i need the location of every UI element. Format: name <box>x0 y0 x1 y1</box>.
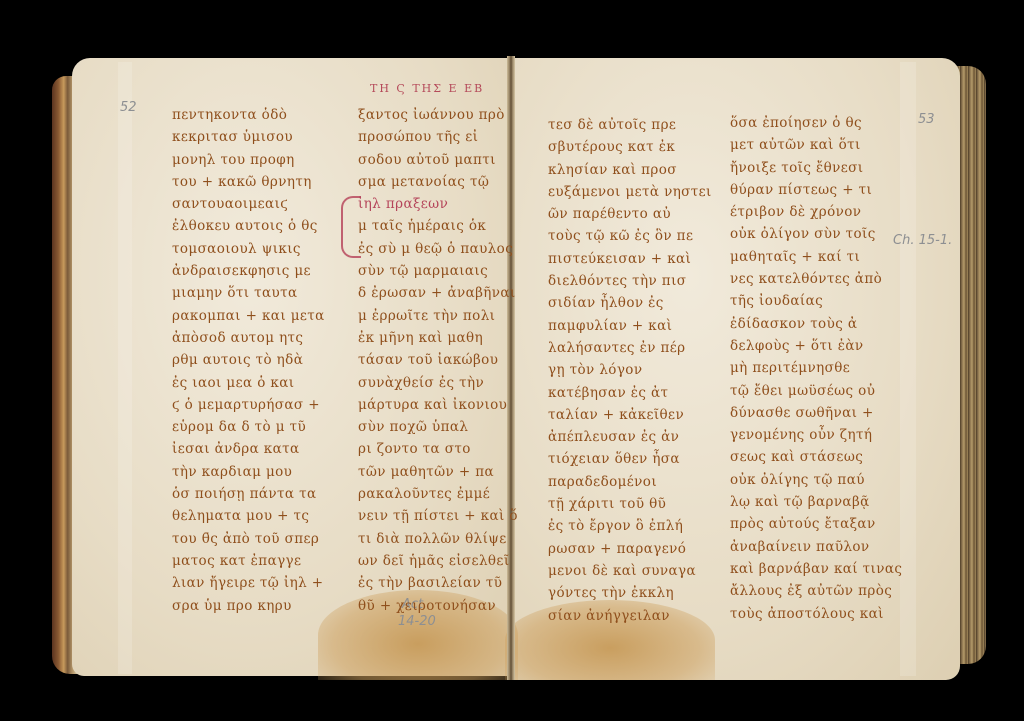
text-line: μ ταῖς ἡμέραις ὁκ <box>358 215 518 237</box>
text-line: οὐκ ὀλίγον σὺν τοῖς <box>730 223 902 245</box>
left-binding-tape <box>118 62 132 674</box>
text-line: δ ἐρωσαν + ἀναβῆναι <box>358 282 518 304</box>
text-line: σρα ὑμ προ κηρυ <box>172 595 325 617</box>
text-line: σαντουαοιμεαιϛ <box>172 193 325 215</box>
right-binding-tape <box>900 62 916 676</box>
text-line: προσώπου τῆς εἰ <box>358 126 518 148</box>
text-line: τάσαν τοῦ ἰακώβου <box>358 349 518 371</box>
text-line: ἐς ιαοι μεα ὁ και <box>172 372 325 394</box>
text-line: ἤνοιξε τοῖς ἔθνεσι <box>730 157 902 179</box>
text-line: μὴ περιτέμνησθε <box>730 357 902 379</box>
right-page-column-1: τεσ δὲ αὐτοῖς πρε σβυτέρους κατ ἐκ κλησί… <box>548 114 712 627</box>
text-line: κεκριτασ ὑμισου <box>172 126 325 148</box>
text-line: σιδίαν ἦλθον ἐς <box>548 292 712 314</box>
text-line: λῳ καὶ τῷ βαρναβᾷ <box>730 491 902 513</box>
text-line: έτριβον δὲ χρόνον <box>730 201 902 223</box>
text-line: ἀνδραισεκφησις με <box>172 260 325 282</box>
text-line: νες κατελθόντες ἀπὸ <box>730 268 902 290</box>
text-line: λιαν ἤγειρε τῷ ἰηλ + <box>172 572 325 594</box>
text-line: ρωσαν + παραγενό <box>548 538 712 560</box>
text-line: τι διὰ πολλῶν θλίψε <box>358 528 518 550</box>
text-line: του + κακῶ θρνητη <box>172 171 325 193</box>
left-page-column-2: ξαντος ἰωάννου πρὸ προσώπου τῆς εἰ σοδου… <box>358 104 518 617</box>
text-line: γῃ τὸν λόγον <box>548 359 712 381</box>
text-line: σεως καὶ στάσεως <box>730 446 902 468</box>
text-line: παμφυλίαν + καὶ <box>548 315 712 337</box>
text-line: μ ἐρρωῖτε τὴν πολι <box>358 305 518 327</box>
text-line: τῷ ἔθει μωϋσέως οὐ <box>730 380 902 402</box>
text-line: ων δεῖ ἡμᾶς εἰσελθεῖ <box>358 550 518 572</box>
text-line: τεσ δὲ αὐτοῖς πρε <box>548 114 712 136</box>
text-line: δύνασθε σωθῆναι + <box>730 402 902 424</box>
text-line: τομσαοιουλ ψικις <box>172 238 325 260</box>
text-line: ρι ζοντο τα στο <box>358 438 518 460</box>
text-line: εὑρομ δα δ τὸ μ τῦ <box>172 416 325 438</box>
text-line: ϛ ὁ μεμαρτυρήσασ + <box>172 394 325 416</box>
text-line: μονηλ του προφη <box>172 149 325 171</box>
running-heading: ΤΗ Ϛ ΤΗΣ Ε ΕΒ <box>370 82 484 95</box>
text-line: διελθόντες τὴν πισ <box>548 270 712 292</box>
text-line: σίαν ἀνήγγειλαν <box>548 605 712 627</box>
text-line: μιαμην ὅτι ταυτα <box>172 282 325 304</box>
text-line: ὁσ ποιήσῃ πάντα τα <box>172 483 325 505</box>
text-line: τιόχειαν ὅθεν ἦσα <box>548 448 712 470</box>
left-page-column-1: πεντηκοντα ὁδὸ κεκριτασ ὑμισου μονηλ του… <box>172 104 325 617</box>
text-line: τοὺς ἀποστόλους καὶ <box>730 603 902 625</box>
folio-number-right: 53 <box>918 112 935 127</box>
text-line: ῶν παρέθεντο αὐ <box>548 203 712 225</box>
text-line: ξαντος ἰωάννου πρὸ <box>358 104 518 126</box>
text-line: μαθηταῖς + καί τι <box>730 246 902 268</box>
text-line: ὅσα ἐποίησεν ὁ θς <box>730 112 902 134</box>
text-line: ἄλλους ἐξ αὐτῶν πρὸς <box>730 580 902 602</box>
text-line: ἐς τὸ ἔργον ὃ ἐπλή <box>548 515 712 537</box>
folio-number-left: 52 <box>120 100 137 115</box>
text-line: κατέβησαν ἐς ἀτ <box>548 382 712 404</box>
text-line: ταλίαν + κἀκεῖθεν <box>548 404 712 426</box>
text-line: θεληματα μου + τς <box>172 505 325 527</box>
text-line: μάρτυρα καὶ ἰκονιου <box>358 394 518 416</box>
text-line: λαλήσαντες ἐν πέρ <box>548 337 712 359</box>
text-line: ἀπέπλευσαν ἐς ἀν <box>548 426 712 448</box>
text-line: ρακομπαι + και μετα <box>172 305 325 327</box>
text-line: παραδεδομένοι <box>548 471 712 493</box>
manuscript-photo: 52 53 Act 14-20 Ch. 15-1. ΤΗ Ϛ ΤΗΣ Ε ΕΒ … <box>0 0 1024 721</box>
text-line: μετ αὐτῶν καὶ ὅτι <box>730 134 902 156</box>
text-line: τὴν καρδιαμ μου <box>172 461 325 483</box>
text-line: τοὺς τῷ κῶ ἐς ὃν πε <box>548 225 712 247</box>
text-line: τῇ χάριτι τοῦ θῦ <box>548 493 712 515</box>
text-line-rubric: ἰηλ πραξεων <box>358 193 518 215</box>
text-line: συνὰχθείσ ἐς τὴν <box>358 372 518 394</box>
text-line: πεντηκοντα ὁδὸ <box>172 104 325 126</box>
text-line: καὶ βαρνάβαν καί τινας <box>730 558 902 580</box>
text-line: τῶν μαθητῶν + πα <box>358 461 518 483</box>
text-line: ματος κατ ἐπαγγε <box>172 550 325 572</box>
text-line: θύραν πίστεως + τι <box>730 179 902 201</box>
text-line: ἀπὸσοδ αυτομ ητς <box>172 327 325 349</box>
text-line: γόντες τὴν ἐκκλη <box>548 582 712 604</box>
text-line: ἐλθοκευ αυτοις ὁ θς <box>172 215 325 237</box>
text-line: ἰεσαι ἀνδρα κατα <box>172 438 325 460</box>
text-line: κλησίαν καὶ προσ <box>548 159 712 181</box>
right-page-column-2: ὅσα ἐποίησεν ὁ θς μετ αὐτῶν καὶ ὅτι ἤνοι… <box>730 112 902 625</box>
text-line: σοδου αὐτοῦ μαπτι <box>358 149 518 171</box>
text-line: ἀναβαίνειν παῦλον <box>730 536 902 558</box>
text-line: τῆς ἰουδαίας <box>730 290 902 312</box>
text-line: του θ̄ς ἀπὸ τοῦ σπερ <box>172 528 325 550</box>
text-line: ρακαλοῦντες ἐμμέ <box>358 483 518 505</box>
text-line: μενοι δὲ καὶ συναγα <box>548 560 712 582</box>
text-line: σὺν ποχῶ ὑπαλ <box>358 416 518 438</box>
text-line: ευξάμενοι μετὰ νηστει <box>548 181 712 203</box>
text-line: πρὸς αὐτούς ἔταξαν <box>730 513 902 535</box>
text-line: θῦ + χειροτονήσαν <box>358 595 518 617</box>
text-line: σβυτέρους κατ ἐκ <box>548 136 712 158</box>
text-line: ἐκ μῆνη καὶ μαθη <box>358 327 518 349</box>
text-line: ἐς τὴν βασιλείαν τῦ <box>358 572 518 594</box>
text-line: σὺν τῷ μαρμαιαις <box>358 260 518 282</box>
text-line: σμα μετανοίας τῷ <box>358 171 518 193</box>
text-line: ἐδίδασκον τοὺς ἀ <box>730 313 902 335</box>
text-line: ἐς σὺ μ θεῷ ὁ παυλος <box>358 238 518 260</box>
text-line: ρθμ αυτοις τὸ ηδὰ <box>172 349 325 371</box>
text-line: οὐκ ὀλίγης τῷ παύ <box>730 469 902 491</box>
text-line: πιστεύκεισαν + καὶ <box>548 248 712 270</box>
text-line: νειν τῇ πίστει + καὶ ὅ <box>358 505 518 527</box>
text-line: δελφοὺς + ὅτι ἐὰν <box>730 335 902 357</box>
text-line: γενομένης οὖν ζητή <box>730 424 902 446</box>
